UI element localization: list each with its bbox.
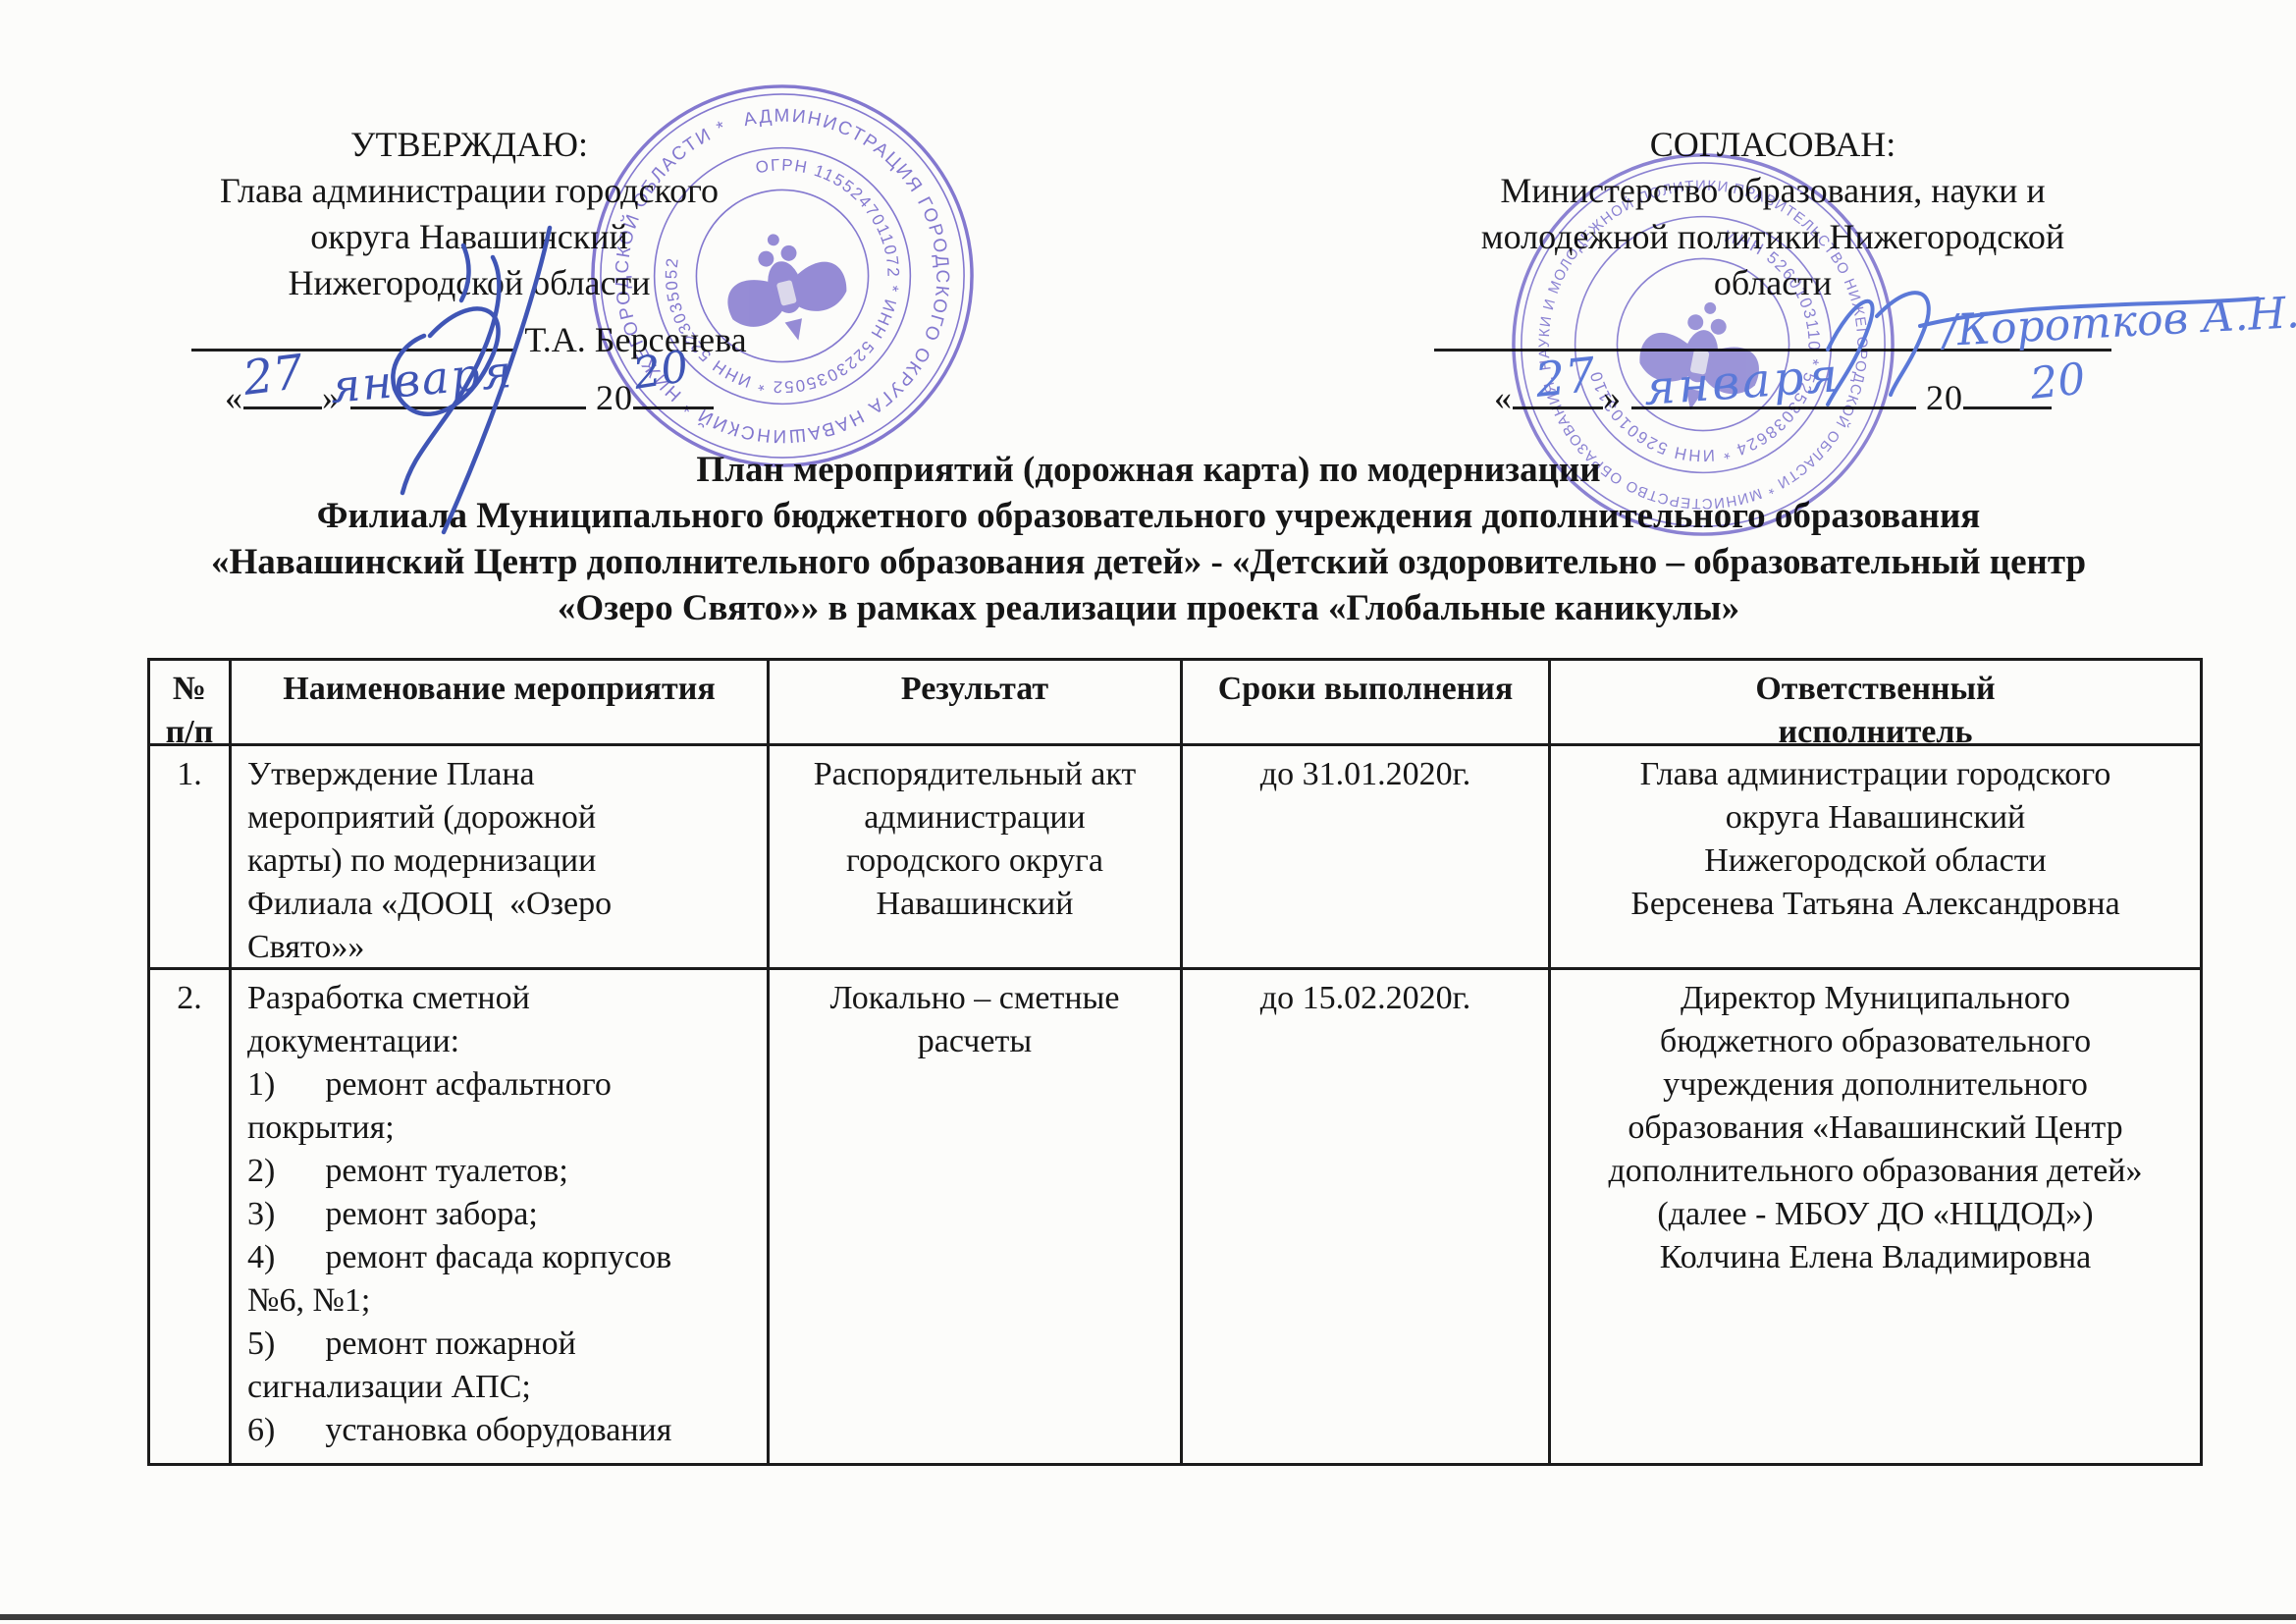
agree-heading: СОГЛАСОВАН: — [1412, 122, 2134, 168]
plan-table: № п/п Наименование мероприятия Результат… — [147, 658, 2203, 1466]
header-cell-responsible: Ответственный исполнитель — [1551, 661, 2200, 746]
scanned-document-page: УТВЕРЖДАЮ: Глава администрации городског… — [0, 0, 2296, 1624]
approve-block: УТВЕРЖДАЮ: Глава администрации городског… — [145, 122, 793, 421]
approve-heading: УТВЕРЖДАЮ: — [145, 122, 793, 168]
year-prefix: 20 — [596, 378, 633, 417]
header-cell-num: № п/п — [150, 661, 232, 746]
day-blank — [243, 373, 322, 409]
row1-name: Утверждение Плана мероприятий (дорожной … — [232, 746, 770, 970]
quote-close: » — [322, 378, 341, 417]
row1-result: Распорядительный акт администрации город… — [770, 746, 1183, 970]
agree-block: СОГЛАСОВАН: Министерство образования, на… — [1412, 122, 2134, 421]
header-cell-result: Результат — [770, 661, 1183, 746]
day-blank — [1513, 373, 1603, 409]
month-blank — [1631, 373, 1916, 409]
approve-signature-line: Т.А. Берсенева — [145, 315, 793, 363]
agree-date-line: «» 20 — [1412, 373, 2134, 421]
row1-num: 1. — [150, 746, 232, 970]
row1-responsible: Глава администрации городского округа На… — [1551, 746, 2200, 970]
approve-date-line: «» 20 — [145, 373, 793, 421]
row2-name: Разработка сметной документации: 1) ремо… — [232, 970, 770, 1463]
year-prefix: 20 — [1926, 378, 1963, 417]
header-cell-deadline: Сроки выполнения — [1183, 661, 1551, 746]
year-blank — [1963, 373, 2052, 409]
quote-open: « — [225, 378, 243, 417]
month-blank — [350, 373, 586, 409]
signature-blank — [1434, 315, 2111, 352]
year-blank — [633, 373, 714, 409]
row1-deadline: до 31.01.2020г. — [1183, 746, 1551, 970]
document-title: План мероприятий (дорожная карта) по мод… — [54, 447, 2243, 631]
header-cell-name: Наименование мероприятия — [232, 661, 770, 746]
signature-blank — [191, 315, 515, 352]
row2-responsible: Директор Муниципального бюджетного образ… — [1551, 970, 2200, 1463]
agree-org: Министерство образования, науки и молоде… — [1412, 168, 2134, 306]
approve-org: Глава администрации городского округа На… — [145, 168, 793, 306]
approve-signatory: Т.А. Берсенева — [524, 320, 746, 359]
quote-open: « — [1494, 378, 1513, 417]
quote-close: » — [1603, 378, 1622, 417]
row2-deadline: до 15.02.2020г. — [1183, 970, 1551, 1463]
row2-num: 2. — [150, 970, 232, 1463]
scan-edge-artifact — [0, 1614, 2296, 1620]
row2-result: Локально – сметные расчеты — [770, 970, 1183, 1463]
agree-signature-line — [1412, 315, 2134, 363]
